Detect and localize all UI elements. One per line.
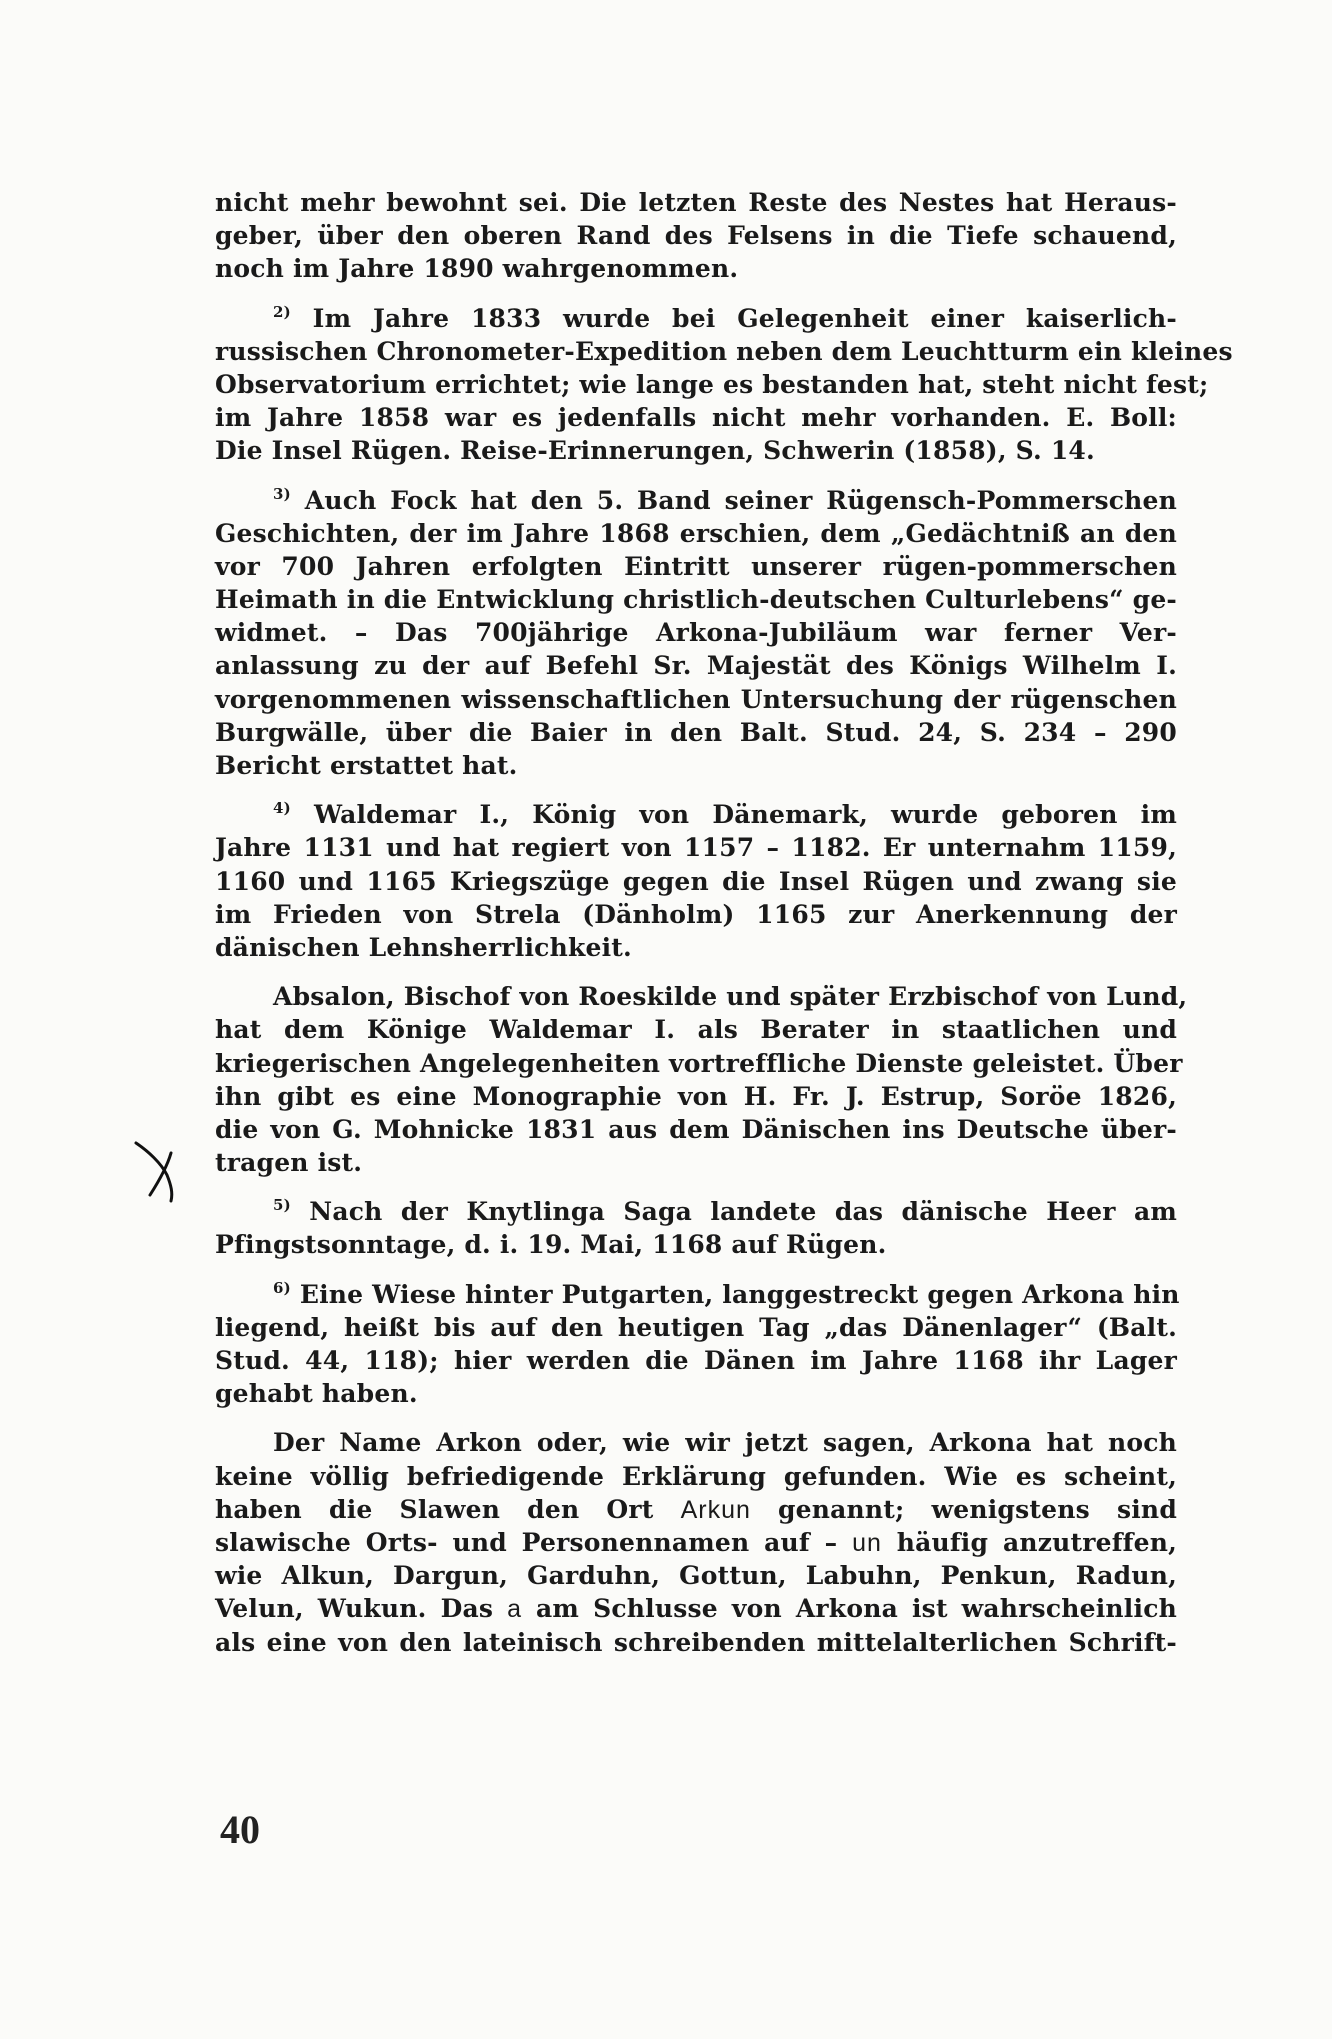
text-line: geber, über den oberen Rand des Felsens … xyxy=(215,219,1177,252)
text-line: Die Insel Rügen. Reise-Erinnerungen, Sch… xyxy=(215,434,1177,467)
footnote-5: 5) Nach der Knytlinga Saga landete das d… xyxy=(215,1195,1177,1261)
text-line: widmet. – Das 700jährige Arkona-Jubiläum… xyxy=(215,616,1177,649)
text-line: anlassung zu der auf Befehl Sr. Majestät… xyxy=(215,649,1177,682)
footnote-marker: 2) xyxy=(273,303,291,321)
text-line: die von G. Mohnicke 1831 aus dem Dänisch… xyxy=(215,1113,1177,1146)
footnote-marker: 3) xyxy=(273,485,291,503)
page-number: 40 xyxy=(220,1806,260,1853)
text-span: Auch Fock hat den 5. Band seiner Rügensc… xyxy=(305,486,1177,515)
text-line: keine völlig befriedigende Erklärung gef… xyxy=(215,1460,1177,1493)
text-span: Im Jahre 1833 wurde bei Gelegenheit eine… xyxy=(313,304,1177,333)
antiqua-word: un xyxy=(852,1529,882,1557)
text-line: liegend, heißt bis auf den heutigen Tag … xyxy=(215,1311,1177,1344)
book-page: nicht mehr bewohnt sei. Die letzten Rest… xyxy=(0,0,1332,2039)
antiqua-letter: a xyxy=(507,1595,522,1623)
text-line: dänischen Lehnsherrlichkeit. xyxy=(215,931,1177,964)
text-line: hat dem Könige Waldemar I. als Berater i… xyxy=(215,1013,1177,1046)
text-line: als eine von den lateinisch schreibenden… xyxy=(215,1626,1177,1659)
footnote-4: 4) Waldemar I., König von Dänemark, wurd… xyxy=(215,798,1177,964)
text-line: noch im Jahre 1890 wahrgenommen. xyxy=(215,252,1177,285)
text-line: 2) Im Jahre 1833 wurde bei Gelegenheit e… xyxy=(215,302,1177,335)
text-line: Observatorium errichtet; wie lange es be… xyxy=(215,368,1177,401)
text-span: haben die Slawen den Ort xyxy=(215,1495,681,1524)
paragraph-arkona-name: Der Name Arkon oder, wie wir jetzt sagen… xyxy=(215,1426,1177,1658)
text-span: Nach der Knytlinga Saga landete das däni… xyxy=(309,1197,1177,1226)
antiqua-word: Arkun xyxy=(681,1496,751,1524)
text-line: gehabt haben. xyxy=(215,1377,1177,1410)
text-line: 6) Eine Wiese hinter Putgarten, langgest… xyxy=(215,1278,1177,1311)
text-line: Absalon, Bischof von Roeskilde und späte… xyxy=(215,980,1177,1013)
text-line: Stud. 44, 118); hier werden die Dänen im… xyxy=(215,1344,1177,1377)
text-line: russischen Chronometer-Expedition neben … xyxy=(215,335,1177,368)
text-line: 5) Nach der Knytlinga Saga landete das d… xyxy=(215,1195,1177,1228)
text-line: im Jahre 1858 war es jedenfalls nicht me… xyxy=(215,401,1177,434)
text-line: ihn gibt es eine Monographie von H. Fr. … xyxy=(215,1080,1177,1113)
text-span: genannt; wenigstens sind xyxy=(751,1495,1177,1524)
text-line: 4) Waldemar I., König von Dänemark, wurd… xyxy=(215,798,1177,831)
page-body-text: nicht mehr bewohnt sei. Die letzten Rest… xyxy=(215,186,1177,1675)
text-line: tragen ist. xyxy=(215,1146,1177,1179)
text-line: vorgenommenen wissenschaftlichen Untersu… xyxy=(215,683,1177,716)
text-line: vor 700 Jahren erfolgten Eintritt unsere… xyxy=(215,550,1177,583)
text-line: Pfingstsonntage, d. i. 19. Mai, 1168 auf… xyxy=(215,1228,1177,1261)
text-line: kriegerischen Angelegenheiten vortreffli… xyxy=(215,1047,1177,1080)
footnote-2: 2) Im Jahre 1833 wurde bei Gelegenheit e… xyxy=(215,302,1177,468)
text-span: Waldemar I., König von Dänemark, wurde g… xyxy=(314,800,1177,829)
text-line: Geschichten, der im Jahre 1868 erschien,… xyxy=(215,517,1177,550)
text-span: am Schlusse von Arkona ist wahrscheinlic… xyxy=(522,1594,1177,1623)
handwritten-x-mark-icon xyxy=(133,1135,183,1205)
text-line: Der Name Arkon oder, wie wir jetzt sagen… xyxy=(215,1426,1177,1459)
text-span: häufig anzutreffen, xyxy=(882,1528,1177,1557)
footnote-3: 3) Auch Fock hat den 5. Band seiner Rüge… xyxy=(215,484,1177,783)
text-line: nicht mehr bewohnt sei. Die letzten Rest… xyxy=(215,186,1177,219)
paragraph-continuation: nicht mehr bewohnt sei. Die letzten Rest… xyxy=(215,186,1177,286)
text-line: haben die Slawen den Ort Arkun genannt; … xyxy=(215,1493,1177,1526)
text-line: wie Alkun, Dargun, Garduhn, Gottun, Labu… xyxy=(215,1559,1177,1592)
text-span: Velun, Wukun. Das xyxy=(215,1594,507,1623)
text-line: 1160 und 1165 Kriegszüge gegen die Insel… xyxy=(215,865,1177,898)
footnote-marker: 5) xyxy=(273,1196,291,1214)
footnote-marker: 6) xyxy=(273,1279,291,1297)
text-line: im Frieden von Strela (Dänholm) 1165 zur… xyxy=(215,898,1177,931)
text-line: Burgwälle, über die Baier in den Balt. S… xyxy=(215,716,1177,749)
text-line: Velun, Wukun. Das a am Schlusse von Arko… xyxy=(215,1592,1177,1625)
text-line: slawische Orts- und Personennamen auf – … xyxy=(215,1526,1177,1559)
text-line: Heimath in die Entwicklung christlich-de… xyxy=(215,583,1177,616)
paragraph-absalon: Absalon, Bischof von Roeskilde und späte… xyxy=(215,980,1177,1179)
footnote-6: 6) Eine Wiese hinter Putgarten, langgest… xyxy=(215,1278,1177,1411)
text-line: 3) Auch Fock hat den 5. Band seiner Rüge… xyxy=(215,484,1177,517)
text-line: Jahre 1131 und hat regiert von 1157 – 11… xyxy=(215,831,1177,864)
text-span: Eine Wiese hinter Putgarten, langgestrec… xyxy=(300,1280,1180,1309)
text-line: Bericht erstattet hat. xyxy=(215,749,1177,782)
footnote-marker: 4) xyxy=(273,799,291,817)
text-span: slawische Orts- und Personennamen auf – xyxy=(215,1528,852,1557)
